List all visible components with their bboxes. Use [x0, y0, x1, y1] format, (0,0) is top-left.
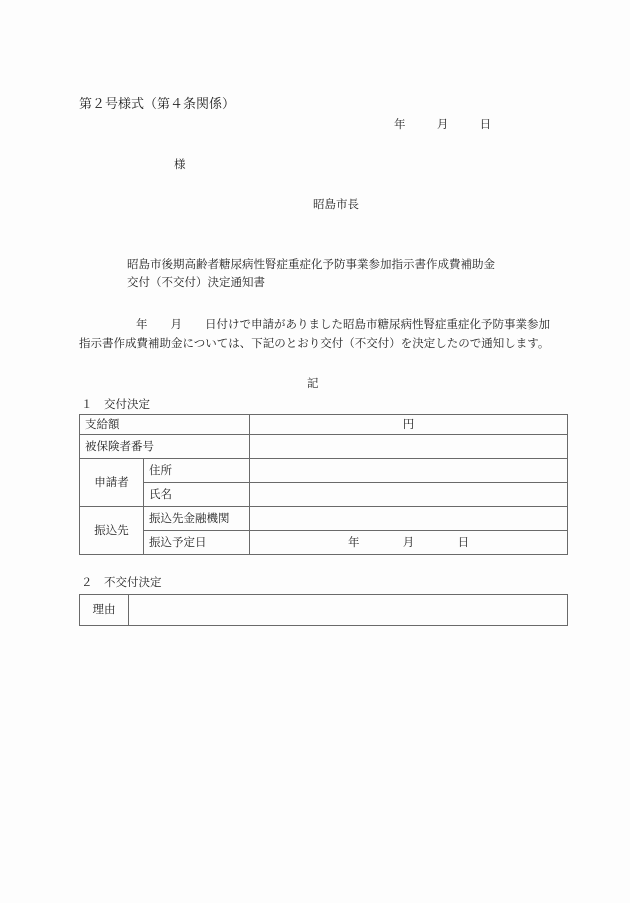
bank-field[interactable] [250, 507, 568, 531]
day-label: 日 [458, 537, 470, 549]
table-row: 被保険者番号 [80, 435, 568, 459]
table-row: 振込先 振込先金融機関 [80, 507, 568, 531]
insured-number-label: 被保険者番号 [80, 435, 250, 459]
reason-field[interactable] [129, 595, 568, 626]
year-label: 年 [394, 119, 406, 131]
month-label: 月 [403, 537, 415, 549]
reason-label: 理由 [80, 595, 129, 626]
year-label: 年 [348, 537, 360, 549]
body-text-line2: 指示書作成費補助金については、下記のとおり交付（不交付）を決定したので通知します… [79, 338, 549, 350]
day-label: 日 [480, 119, 492, 131]
section1-heading: １ 交付決定 [81, 399, 150, 411]
address-field[interactable] [250, 459, 568, 483]
table-row: 支給額 円 [80, 415, 568, 435]
address-label: 住所 [144, 459, 250, 483]
table-row: 申請者 住所 [80, 459, 568, 483]
yen-unit: 円 [403, 417, 415, 431]
body-text-line1: 年 月 日付けで申請がありました昭島市糖尿病性腎症重症化予防事業参加 [136, 319, 550, 331]
name-field[interactable] [250, 483, 568, 507]
addressee-suffix: 様 [174, 159, 186, 171]
document-title-line1: 昭島市後期高齢者糖尿病性腎症重症化予防事業参加指示書作成費補助金 [127, 259, 495, 271]
bank-label: 振込先金融機関 [144, 507, 250, 531]
issue-date: 年 月 日 [394, 119, 491, 131]
section2-heading: ２ 不交付決定 [81, 577, 162, 589]
table-row: 理由 [80, 595, 568, 626]
transfer-date-field[interactable]: 年 月 日 [250, 531, 568, 555]
document-title-line2: 交付（不交付）決定通知書 [127, 277, 265, 289]
amount-label: 支給額 [80, 415, 250, 435]
transfer-label: 振込先 [80, 507, 144, 555]
name-label: 氏名 [144, 483, 250, 507]
ki-heading: 記 [307, 378, 319, 390]
table-row: 氏名 [80, 483, 568, 507]
issuer-name: 昭島市長 [313, 199, 359, 211]
insured-number-field[interactable] [250, 435, 568, 459]
form-number: 第２号様式（第４条関係） [79, 98, 235, 111]
month-label: 月 [437, 119, 449, 131]
grant-decision-table: 支給額 円 被保険者番号 申請者 住所 氏名 振込先 振込先金融機関 振込予定日… [79, 414, 568, 555]
amount-field[interactable]: 円 [250, 415, 568, 435]
table-row: 振込予定日 年 月 日 [80, 531, 568, 555]
applicant-label: 申請者 [80, 459, 144, 507]
non-grant-table: 理由 [79, 594, 568, 626]
transfer-date-label: 振込予定日 [144, 531, 250, 555]
